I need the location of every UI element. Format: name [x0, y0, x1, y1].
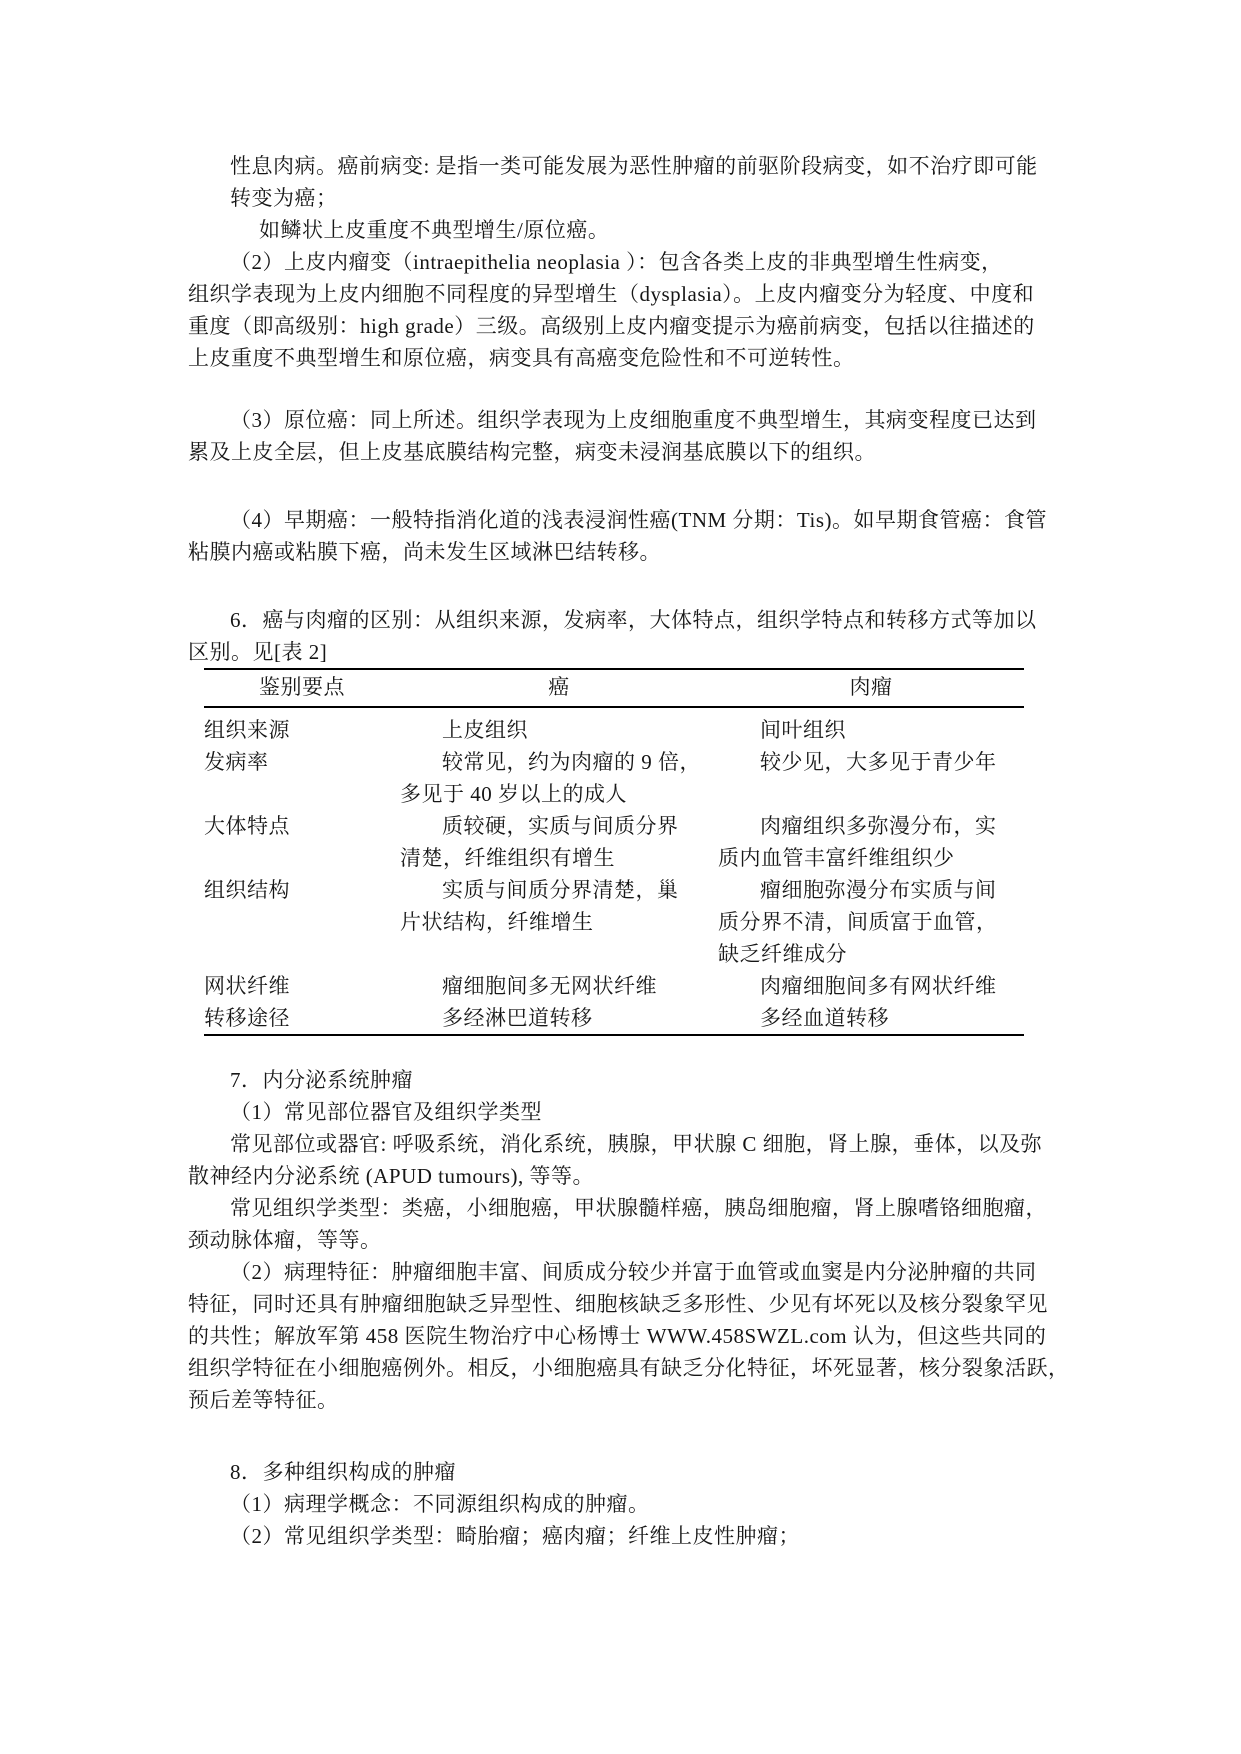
text-line: 特征，同时还具有肿瘤细胞缺乏异型性、细胞核缺乏多形性、少见有坏死以及核分裂象罕见 — [188, 1288, 1106, 1320]
text-line: （3）原位癌：同上所述。组织学表现为上皮细胞重度不典型增生，其病变程度已达到 — [188, 404, 1106, 436]
table-row: 大体特点质较硬，实质与间质分界清楚，纤维组织有增生肉瘤组织多弥漫分布，实质内血管… — [204, 810, 1024, 874]
text-line: 区别。见[表 2] — [188, 636, 1106, 668]
text-block-bottom: 7．内分泌系统肿瘤（1）常见部位器官及组织学类型常见部位或器官: 呼吸系统，消化… — [188, 1064, 1106, 1552]
text-line: 预后差等特征。 — [188, 1384, 1106, 1416]
text-line: 常见部位或器官: 呼吸系统，消化系统，胰腺，甲状腺 C 细胞，肾上腺，垂体，以及… — [188, 1128, 1106, 1160]
document-page: 性息肉病。癌前病变: 是指一类可能发展为恶性肿瘤的前驱阶段病变，如不治疗即可能转… — [0, 0, 1241, 1754]
text-line: （2）病理特征：肿瘤细胞丰富、间质成分较少并富于血管或血窦是内分泌肿瘤的共同 — [188, 1256, 1106, 1288]
cell-line: 较常见，约为肉瘤的 9 倍， — [400, 746, 718, 778]
carcinoma-cell: 瘤细胞间多无网状纤维 — [400, 970, 718, 1002]
cell-line: 上皮组织 — [400, 714, 718, 746]
table-row: 网状纤维瘤细胞间多无网状纤维肉瘤细胞间多有网状纤维 — [204, 970, 1024, 1002]
table-header-row: 鉴别要点 癌 肉瘤 — [204, 669, 1024, 707]
text-line: （2）常见组织学类型：畸胎瘤；癌肉瘤；纤维上皮性肿瘤； — [188, 1520, 1106, 1552]
cell-line: 多经血道转移 — [718, 1002, 1024, 1034]
cell-line: 缺乏纤维成分 — [718, 938, 1024, 970]
text-line: 转变为癌； — [188, 182, 1106, 214]
text-line: 组织学特征在小细胞癌例外。相反，小细胞癌具有缺乏分化特征，坏死显著，核分裂象活跃… — [188, 1352, 1106, 1384]
text-line: （1）病理学概念：不同源组织构成的肿瘤。 — [188, 1488, 1106, 1520]
carcinoma-sarcoma-comparison-table: 鉴别要点 癌 肉瘤 组织来源上皮组织间叶组织发病率较常见，约为肉瘤的 9 倍，多… — [204, 668, 1024, 1036]
criteria-cell: 大体特点 — [204, 810, 400, 874]
cell-line: 转移途径 — [204, 1002, 400, 1034]
cell-line: 肉瘤组织多弥漫分布，实 — [718, 810, 1024, 842]
text-line: 颈动脉体瘤，等等。 — [188, 1224, 1106, 1256]
text-line: 8．多种组织构成的肿瘤 — [188, 1456, 1106, 1488]
criteria-cell: 组织来源 — [204, 707, 400, 746]
text-line: （4）早期癌：一般特指消化道的浅表浸润性癌(TNM 分期：Tis)。如早期食管癌… — [188, 504, 1106, 536]
cell-line: 清楚，纤维组织有增生 — [400, 842, 718, 874]
sarcoma-cell: 肉瘤组织多弥漫分布，实质内血管丰富纤维组织少 — [718, 810, 1024, 874]
cell-line: 组织来源 — [204, 714, 400, 746]
cell-line: 质内血管丰富纤维组织少 — [718, 842, 1024, 874]
cell-line: 质较硬，实质与间质分界 — [400, 810, 718, 842]
col-header-criteria: 鉴别要点 — [204, 669, 400, 707]
table-row: 组织来源上皮组织间叶组织 — [204, 707, 1024, 746]
table-body: 组织来源上皮组织间叶组织发病率较常见，约为肉瘤的 9 倍，多见于 40 岁以上的… — [204, 707, 1024, 1035]
sarcoma-cell: 肉瘤细胞间多有网状纤维 — [718, 970, 1024, 1002]
text-line: 散神经内分泌系统 (APUD tumours), 等等。 — [188, 1160, 1106, 1192]
text-line: 6．癌与肉瘤的区别：从组织来源，发病率，大体特点，组织学特点和转移方式等加以 — [188, 604, 1106, 636]
criteria-cell: 组织结构 — [204, 874, 400, 970]
cell-line: 多经淋巴道转移 — [400, 1002, 718, 1034]
carcinoma-cell: 上皮组织 — [400, 707, 718, 746]
col-header-sarcoma: 肉瘤 — [718, 669, 1024, 707]
text-line: 常见组织学类型：类癌，小细胞癌，甲状腺髓样癌，胰岛细胞瘤，肾上腺嗜铬细胞瘤， — [188, 1192, 1106, 1224]
carcinoma-cell: 较常见，约为肉瘤的 9 倍，多见于 40 岁以上的成人 — [400, 746, 718, 810]
text-line: 粘膜内癌或粘膜下癌，尚未发生区域淋巴结转移。 — [188, 536, 1106, 568]
text-line: （1）常见部位器官及组织学类型 — [188, 1096, 1106, 1128]
table-row: 转移途径多经淋巴道转移多经血道转移 — [204, 1002, 1024, 1035]
criteria-cell: 转移途径 — [204, 1002, 400, 1035]
sarcoma-cell: 瘤细胞弥漫分布实质与间质分界不清，间质富于血管，缺乏纤维成分 — [718, 874, 1024, 970]
carcinoma-cell: 实质与间质分界清楚，巢片状结构，纤维增生 — [400, 874, 718, 970]
text-block-top: 性息肉病。癌前病变: 是指一类可能发展为恶性肿瘤的前驱阶段病变，如不治疗即可能转… — [188, 150, 1106, 668]
sarcoma-cell: 较少见，大多见于青少年 — [718, 746, 1024, 810]
cell-line: 较少见，大多见于青少年 — [718, 746, 1024, 778]
cell-line: 肉瘤细胞间多有网状纤维 — [718, 970, 1024, 1002]
cell-line: 瘤细胞弥漫分布实质与间 — [718, 874, 1024, 906]
cell-line: 间叶组织 — [718, 714, 1024, 746]
cell-line: 质分界不清，间质富于血管， — [718, 906, 1024, 938]
text-line: 重度（即高级别：high grade）三级。高级别上皮内瘤变提示为癌前病变，包括… — [188, 310, 1106, 342]
text-line: 上皮重度不典型增生和原位癌，病变具有高癌变危险性和不可逆转性。 — [188, 342, 1106, 374]
sarcoma-cell: 间叶组织 — [718, 707, 1024, 746]
cell-line: 网状纤维 — [204, 970, 400, 1002]
carcinoma-cell: 多经淋巴道转移 — [400, 1002, 718, 1035]
cell-line: 多见于 40 岁以上的成人 — [400, 778, 718, 810]
cell-line: 瘤细胞间多无网状纤维 — [400, 970, 718, 1002]
text-line: 累及上皮全层，但上皮基底膜结构完整，病变未浸润基底膜以下的组织。 — [188, 436, 1106, 468]
col-header-carcinoma: 癌 — [400, 669, 718, 707]
text-line: （2）上皮内瘤变（intraepithelia neoplasia ）：包含各类… — [188, 246, 1106, 278]
cell-line: 发病率 — [204, 746, 400, 778]
cell-line: 组织结构 — [204, 874, 400, 906]
cell-line: 实质与间质分界清楚，巢 — [400, 874, 718, 906]
text-line: 组织学表现为上皮内细胞不同程度的异型增生（dysplasia）。上皮内瘤变分为轻… — [188, 278, 1106, 310]
text-line: 性息肉病。癌前病变: 是指一类可能发展为恶性肿瘤的前驱阶段病变，如不治疗即可能 — [188, 150, 1106, 182]
cell-line: 大体特点 — [204, 810, 400, 842]
text-line: 的共性；解放军第 458 医院生物治疗中心杨博士 WWW.458SWZL.com… — [188, 1320, 1106, 1352]
criteria-cell: 网状纤维 — [204, 970, 400, 1002]
criteria-cell: 发病率 — [204, 746, 400, 810]
text-line: 如鳞状上皮重度不典型增生/原位癌。 — [188, 214, 1106, 246]
carcinoma-cell: 质较硬，实质与间质分界清楚，纤维组织有增生 — [400, 810, 718, 874]
text-line: 7．内分泌系统肿瘤 — [188, 1064, 1106, 1096]
table-row: 组织结构实质与间质分界清楚，巢片状结构，纤维增生瘤细胞弥漫分布实质与间质分界不清… — [204, 874, 1024, 970]
sarcoma-cell: 多经血道转移 — [718, 1002, 1024, 1035]
cell-line: 片状结构，纤维增生 — [400, 906, 718, 938]
table-header: 鉴别要点 癌 肉瘤 — [204, 669, 1024, 707]
table-row: 发病率较常见，约为肉瘤的 9 倍，多见于 40 岁以上的成人较少见，大多见于青少… — [204, 746, 1024, 810]
